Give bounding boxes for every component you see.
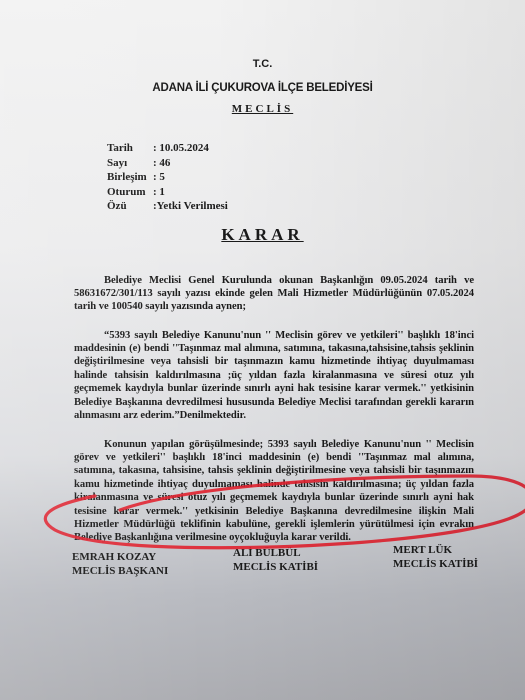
signature-name: EMRAH KOZAY (72, 551, 168, 565)
meta-key: Sayı (107, 156, 153, 171)
meta-row-number: Sayı : 46 (107, 156, 228, 171)
signature-name: MERT LÜK (393, 544, 478, 558)
paragraph-intro: Belediye Meclisi Genel Kurulunda okunan … (74, 274, 474, 314)
decision-title: KARAR (0, 225, 525, 245)
signature-name: ALİ BÜLBÜL (233, 547, 318, 561)
header-tc: T.C. (0, 58, 525, 70)
meta-value: : 10.05.2024 (153, 141, 209, 156)
meta-value: : 46 (153, 156, 170, 171)
meta-row-session: Birleşim : 5 (107, 170, 228, 185)
meta-key: Birleşim (107, 170, 153, 185)
signature-title: MECLİS KATİBİ (233, 561, 318, 575)
decision-metadata: Tarih : 10.05.2024 Sayı : 46 Birleşim : … (107, 141, 228, 214)
meta-value: :Yetki Verilmesi (153, 199, 228, 214)
signature-chairman: EMRAH KOZAY MECLİS BAŞKANI (72, 551, 168, 578)
council-decision-document: T.C. ADANA İLİ ÇUKUROVA İLÇE BELEDİYESİ … (0, 0, 525, 700)
council-label: MECLİS (0, 103, 525, 115)
signature-title: MECLİS BAŞKANI (72, 565, 168, 579)
meta-value: : 1 (153, 185, 165, 200)
meta-row-subject: Özü :Yetki Verilmesi (107, 199, 228, 214)
signature-title: MECLİS KATİBİ (393, 558, 478, 572)
paragraph-decision: Konunun yapılan görüşülmesinde; 5393 say… (74, 438, 474, 545)
paragraph-quote: “5393 sayılı Belediye Kanunu'nun '' Mecl… (74, 329, 474, 423)
signature-clerk-2: MERT LÜK MECLİS KATİBİ (393, 544, 478, 571)
meta-key: Tarih (107, 141, 153, 156)
meta-row-date: Tarih : 10.05.2024 (107, 141, 228, 156)
meta-key: Oturum (107, 185, 153, 200)
meta-row-sitting: Oturum : 1 (107, 185, 228, 200)
meta-value: : 5 (153, 170, 165, 185)
meta-key: Özü (107, 199, 153, 214)
institution-name: ADANA İLİ ÇUKUROVA İLÇE BELEDİYESİ (0, 82, 525, 94)
signature-clerk-1: ALİ BÜLBÜL MECLİS KATİBİ (233, 547, 318, 574)
